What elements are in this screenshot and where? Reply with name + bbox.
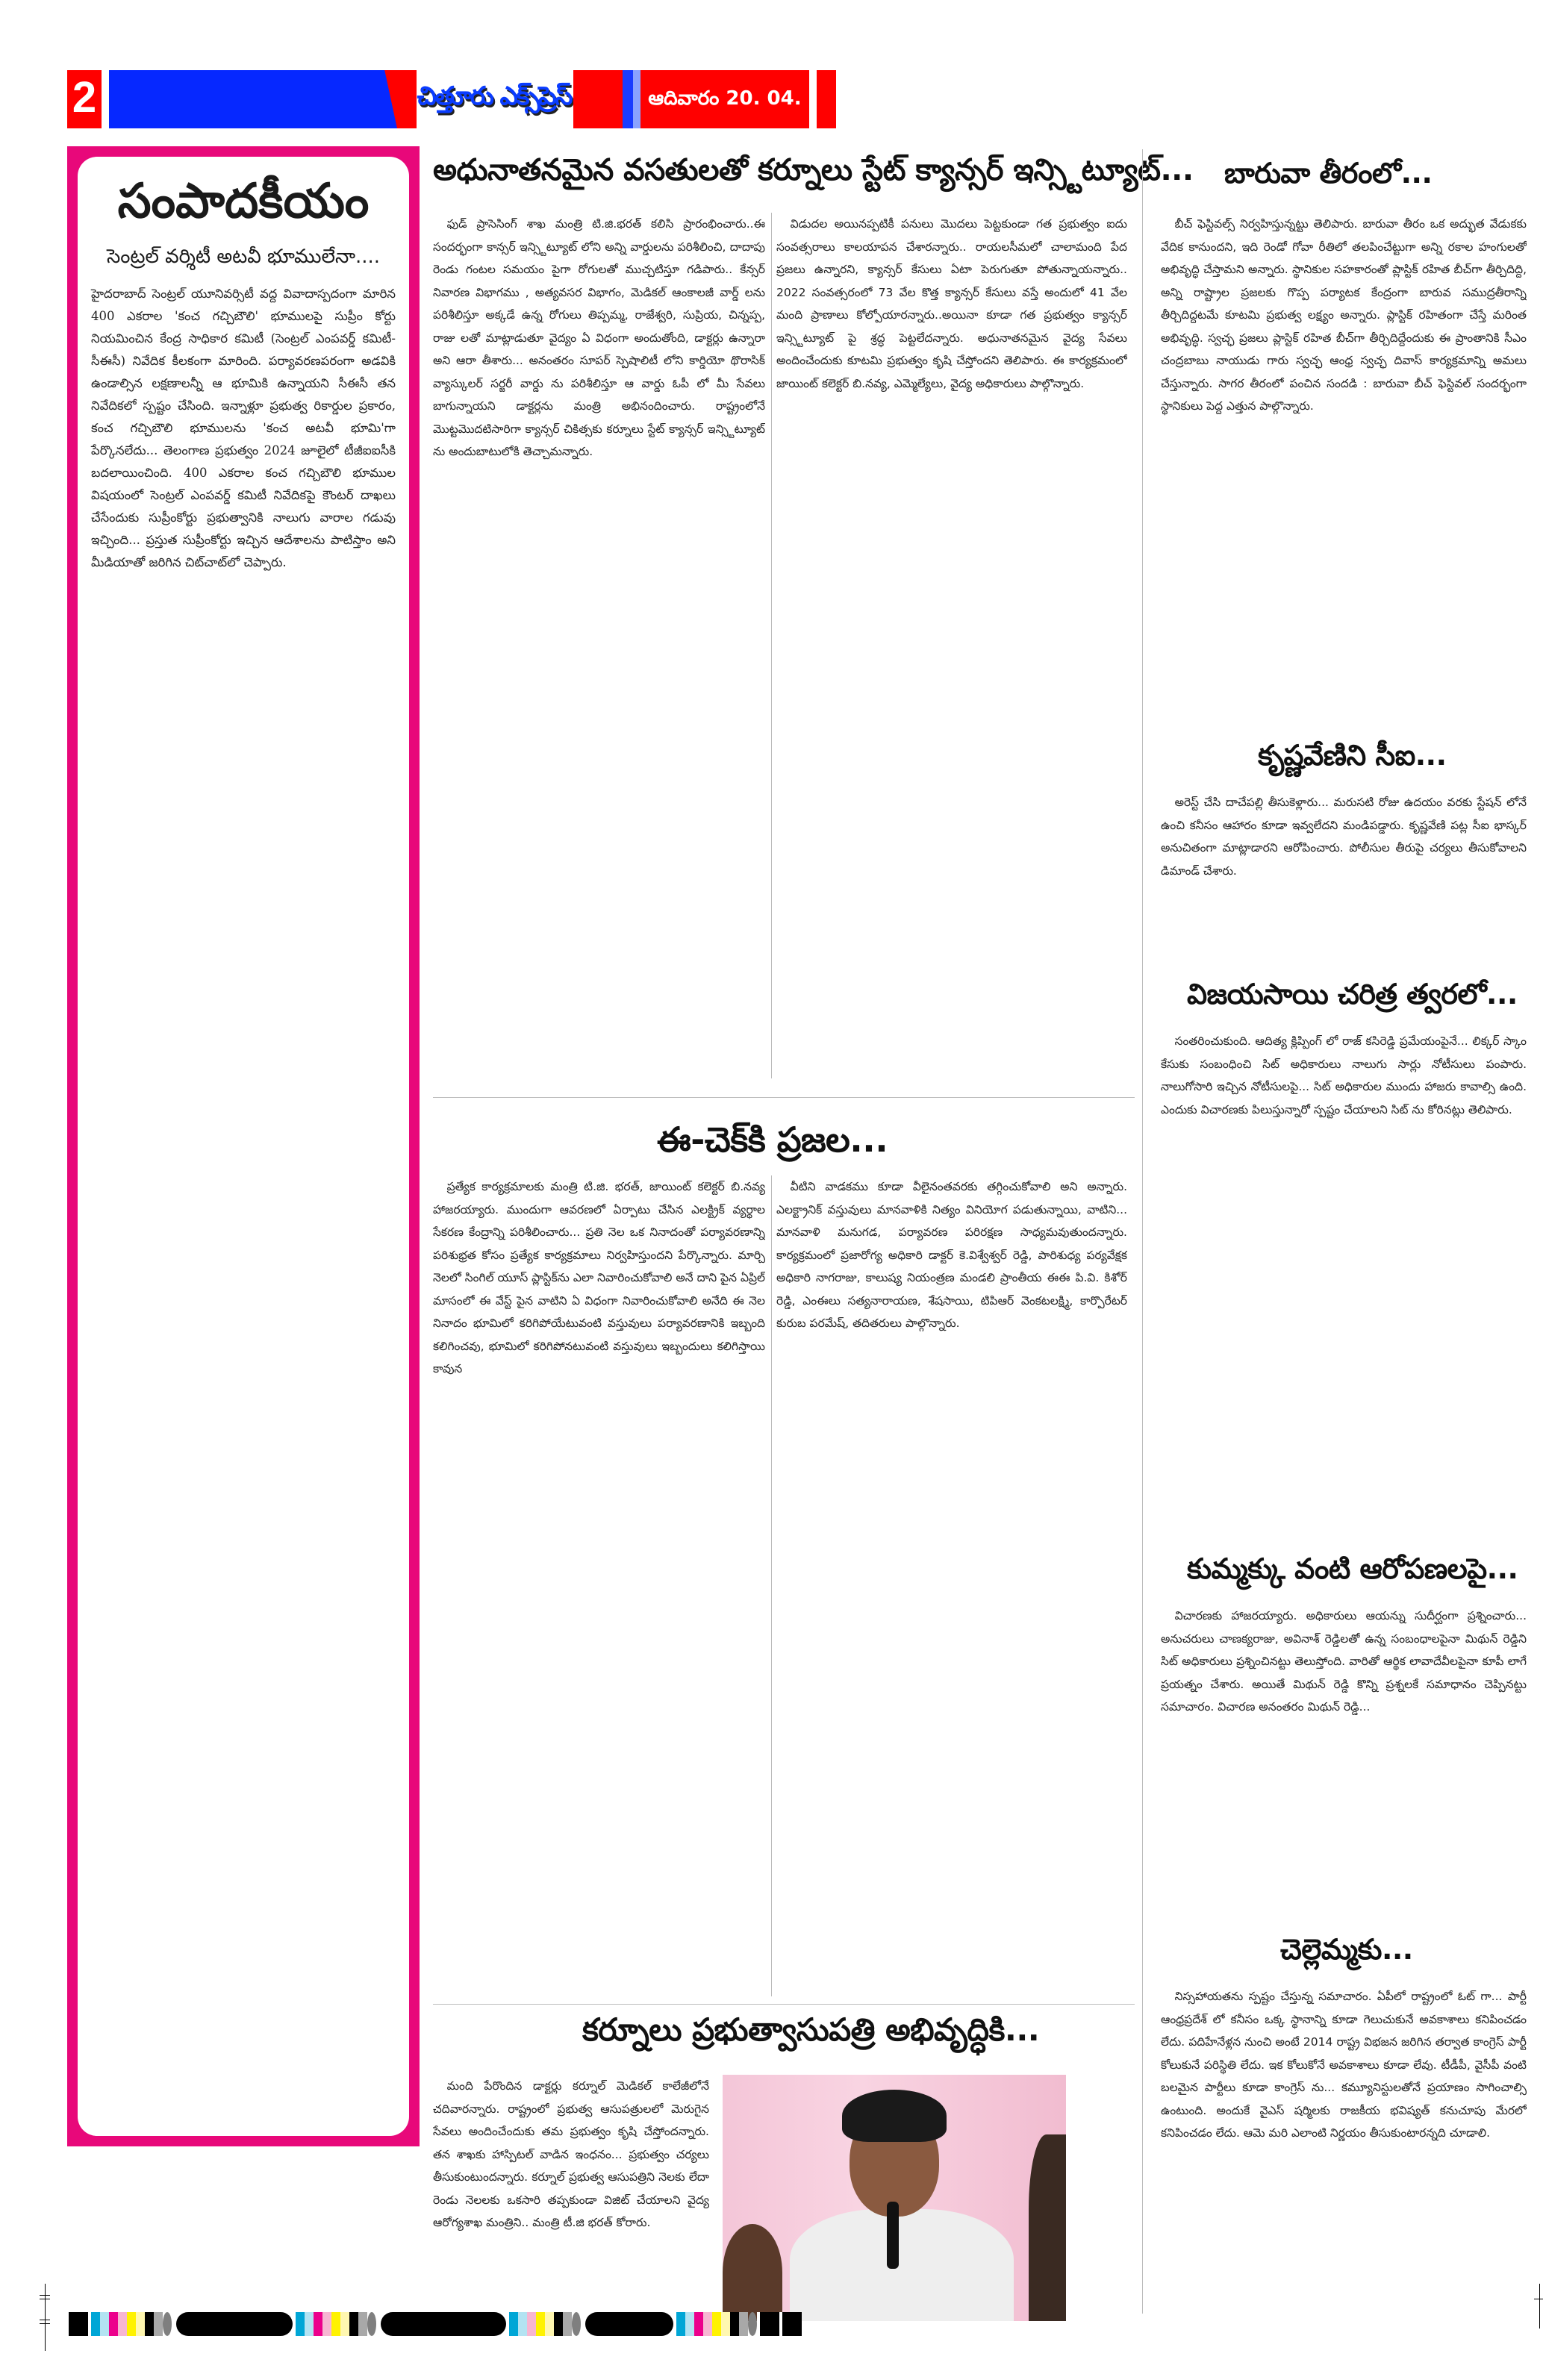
editorial-inner: సంపాదకీయం సెంట్రల్ వర్శిటీ అటవీ భూములేనా… <box>78 157 409 2136</box>
column-divider <box>1142 149 1143 2314</box>
article-echeck-col1: ప్రత్యేక కార్యక్రమాలకు మంత్రి టి.జి. భరత… <box>433 1175 765 2000</box>
swatch-black-bar <box>176 2312 293 2336</box>
swatch-light-cyan <box>685 2312 694 2336</box>
article-text: నిస్సహాయతను స్పష్టం చేస్తున్న సమాచారం. ఏ… <box>1161 1985 1527 2145</box>
photo-background-person <box>723 2224 782 2321</box>
photo-background-person <box>1029 2134 1066 2321</box>
crop-mark <box>45 2284 46 2351</box>
swatch-cyan <box>509 2312 518 2336</box>
swatch-light-yellow <box>340 2312 349 2336</box>
newspaper-name: చిత్తూరు ఎక్స్‌ప్రెస్ <box>417 82 572 118</box>
swatch-magenta <box>109 2312 118 2336</box>
color-registration-strip <box>69 2312 1537 2336</box>
section-divider <box>433 1097 1135 1098</box>
column-divider <box>771 1175 772 1996</box>
article-text: ప్రత్యేక కార్యక్రమాలకు మంత్రి టి.జి. భరత… <box>433 1175 765 1381</box>
swatch-light-cyan <box>305 2312 314 2336</box>
article-cancer-col2: విడుదల అయినప్పటికీ పనులు మొదలు పెట్టకుండ… <box>776 213 1127 1086</box>
crop-mark <box>1534 2299 1543 2299</box>
swatch-cyan <box>676 2312 685 2336</box>
swatch-light-cyan <box>100 2312 109 2336</box>
masthead-blue-bar <box>109 70 393 128</box>
swatch-light-magenta <box>703 2312 712 2336</box>
article-vijayasai: సంతరించుకుంది. ఆదిత్య క్లిప్పింగ్ లో రాజ… <box>1161 1030 1527 1530</box>
article-cancer-col1: ఫుడ్ ప్రాసెసింగ్ శాఖ మంత్రి టి.జి.భరత్ క… <box>433 213 765 1086</box>
crop-mark <box>40 2295 50 2296</box>
issue-date: ఆదివారం 20. 04. 2025 <box>640 70 809 128</box>
swatch-grey <box>739 2312 748 2336</box>
swatch-black <box>554 2312 563 2336</box>
editorial-section-title: సంపాదకీయం <box>91 173 396 231</box>
swatch-dark-grey-oval <box>163 2312 172 2336</box>
swatch-black-bar <box>381 2312 506 2336</box>
microphone-icon <box>887 2202 899 2269</box>
article-text: సంతరించుకుంది. ఆదిత్య క్లిప్పింగ్ లో రాజ… <box>1161 1030 1527 1121</box>
swatch-light-yellow <box>545 2312 554 2336</box>
swatch-light-yellow <box>721 2312 730 2336</box>
masthead-blue-stripe <box>623 70 633 128</box>
swatch-light-magenta <box>322 2312 331 2336</box>
article-text: వీటిని వాడకము కూడా వీలైనంతవరకు తగ్గించుక… <box>776 1175 1127 1335</box>
swatch-black <box>349 2312 358 2336</box>
crop-mark <box>40 2320 50 2320</box>
newspaper-logo: చిత్తూరు ఎక్స్‌ప్రెస్ <box>417 64 572 136</box>
photo-speaker-hair <box>842 2090 947 2142</box>
swatch-grey <box>563 2312 572 2336</box>
swatch-black <box>760 2312 779 2336</box>
swatch-magenta <box>314 2312 322 2336</box>
swatch-magenta <box>694 2312 703 2336</box>
article-echeck-col2: వీటిని వాడకము కూడా వీలైనంతవరకు తగ్గించుక… <box>776 1175 1127 1981</box>
headline-chellemma: చెల్లెమ్మకు... <box>1280 1933 1413 1973</box>
swatch-black <box>782 2312 802 2336</box>
editorial-box: సంపాదకీయం సెంట్రల్ వర్శిటీ అటవీ భూములేనా… <box>67 146 420 2146</box>
swatch-yellow <box>536 2312 545 2336</box>
masthead: 2 చిత్తూరు ఎక్స్‌ప్రెస్ ఆదివారం 20. 04. … <box>67 70 1536 128</box>
swatch-black <box>730 2312 739 2336</box>
article-chellemma: నిస్సహాయతను స్పష్టం చేస్తున్న సమాచారం. ఏ… <box>1161 1985 1527 2269</box>
swatch-yellow <box>331 2312 340 2336</box>
crop-mark <box>40 2299 50 2299</box>
swatch-dark-grey-oval <box>572 2312 581 2336</box>
swatch-grey <box>358 2312 367 2336</box>
swatch-cyan <box>91 2312 100 2336</box>
editorial-body: హైదరాబాద్ సెంట్రల్ యూనివర్సిటీ వద్ద వివా… <box>91 283 396 574</box>
swatch-light-yellow <box>136 2312 145 2336</box>
article-kummakku: విచారణకు హాజరయ్యారు. అధికారులు ఆయన్ను సు… <box>1161 1605 1527 1918</box>
swatch-yellow <box>712 2312 721 2336</box>
swatch-dark-grey-oval <box>367 2312 376 2336</box>
swatch-grey <box>154 2312 163 2336</box>
article-text: విడుదల అయినప్పటికీ పనులు మొదలు పెట్టకుండ… <box>776 213 1127 395</box>
article-photo-speaker <box>723 2075 1066 2321</box>
section-divider <box>433 2004 1135 2005</box>
swatch-yellow <box>127 2312 136 2336</box>
swatch-black <box>69 2312 88 2336</box>
article-text: విచారణకు హాజరయ్యారు. అధికారులు ఆయన్ను సు… <box>1161 1605 1527 1719</box>
swatch-cyan <box>296 2312 305 2336</box>
swatch-black-bar <box>585 2312 673 2336</box>
crop-mark <box>40 2323 50 2324</box>
swatch-light-magenta <box>527 2312 536 2336</box>
masthead-right-red <box>817 70 836 128</box>
article-baruva: బీచ్ ఫెస్టివల్స్ నిర్వహిస్తున్నట్టు తెలి… <box>1161 213 1527 720</box>
article-krishnaveni: అరెస్ట్ చేసి దాచేపల్లి తీసుకెళ్లారు... మ… <box>1161 791 1527 963</box>
swatch-light-cyan <box>518 2312 527 2336</box>
headline-krishnaveni: కృష్ణవేణిని సీఐ... <box>1258 739 1447 779</box>
editorial-subtitle: సెంట్రల్ వర్శిటీ అటవీ భూములేనా.... <box>91 246 396 272</box>
headline-echeck: ఈ-చెక్‌కి ప్రజల... <box>657 1119 888 1169</box>
swatch-black <box>145 2312 154 2336</box>
headline-baruva: బారువా తీరంలో... <box>1224 157 1432 197</box>
masthead-light-stripe <box>633 70 640 128</box>
photo-speaker-shirt <box>790 2209 1014 2321</box>
headline-vijayasai: విజయసాయి చరిత్ర త్వరలో... <box>1187 978 1518 1018</box>
article-text: అరెస్ట్ చేసి దాచేపల్లి తీసుకెళ్లారు... మ… <box>1161 791 1527 882</box>
masthead-red-block <box>573 70 623 128</box>
crop-mark <box>1539 2284 1540 2329</box>
headline-cancer-institute: అధునాతనమైన వసతులతో కర్నూలు స్టేట్ క్యాన్… <box>433 153 1194 195</box>
swatch-light-magenta <box>118 2312 127 2336</box>
page-number: 2 <box>67 70 102 128</box>
swatch-dark-grey-oval <box>748 2312 757 2336</box>
article-text: ఫుడ్ ప్రాసెసింగ్ శాఖ మంత్రి టి.జి.భరత్ క… <box>433 213 765 463</box>
article-kurnool-hospital: మంది పేరొందిన డాక్టర్లు కర్నూల్ మెడికల్ … <box>433 2075 709 2314</box>
article-text: బీచ్ ఫెస్టివల్స్ నిర్వహిస్తున్నట్టు తెలి… <box>1161 213 1527 418</box>
headline-kummakku: కుమ్మక్కు వంటి ఆరోపణలపై... <box>1187 1552 1518 1593</box>
article-text: మంది పేరొందిన డాక్టర్లు కర్నూల్ మెడికల్ … <box>433 2075 709 2234</box>
headline-kurnool-hospital: కర్నూలు ప్రభుత్వాసుపత్రి అభివృద్ధికి... <box>582 2011 1039 2056</box>
column-divider <box>771 213 772 1078</box>
